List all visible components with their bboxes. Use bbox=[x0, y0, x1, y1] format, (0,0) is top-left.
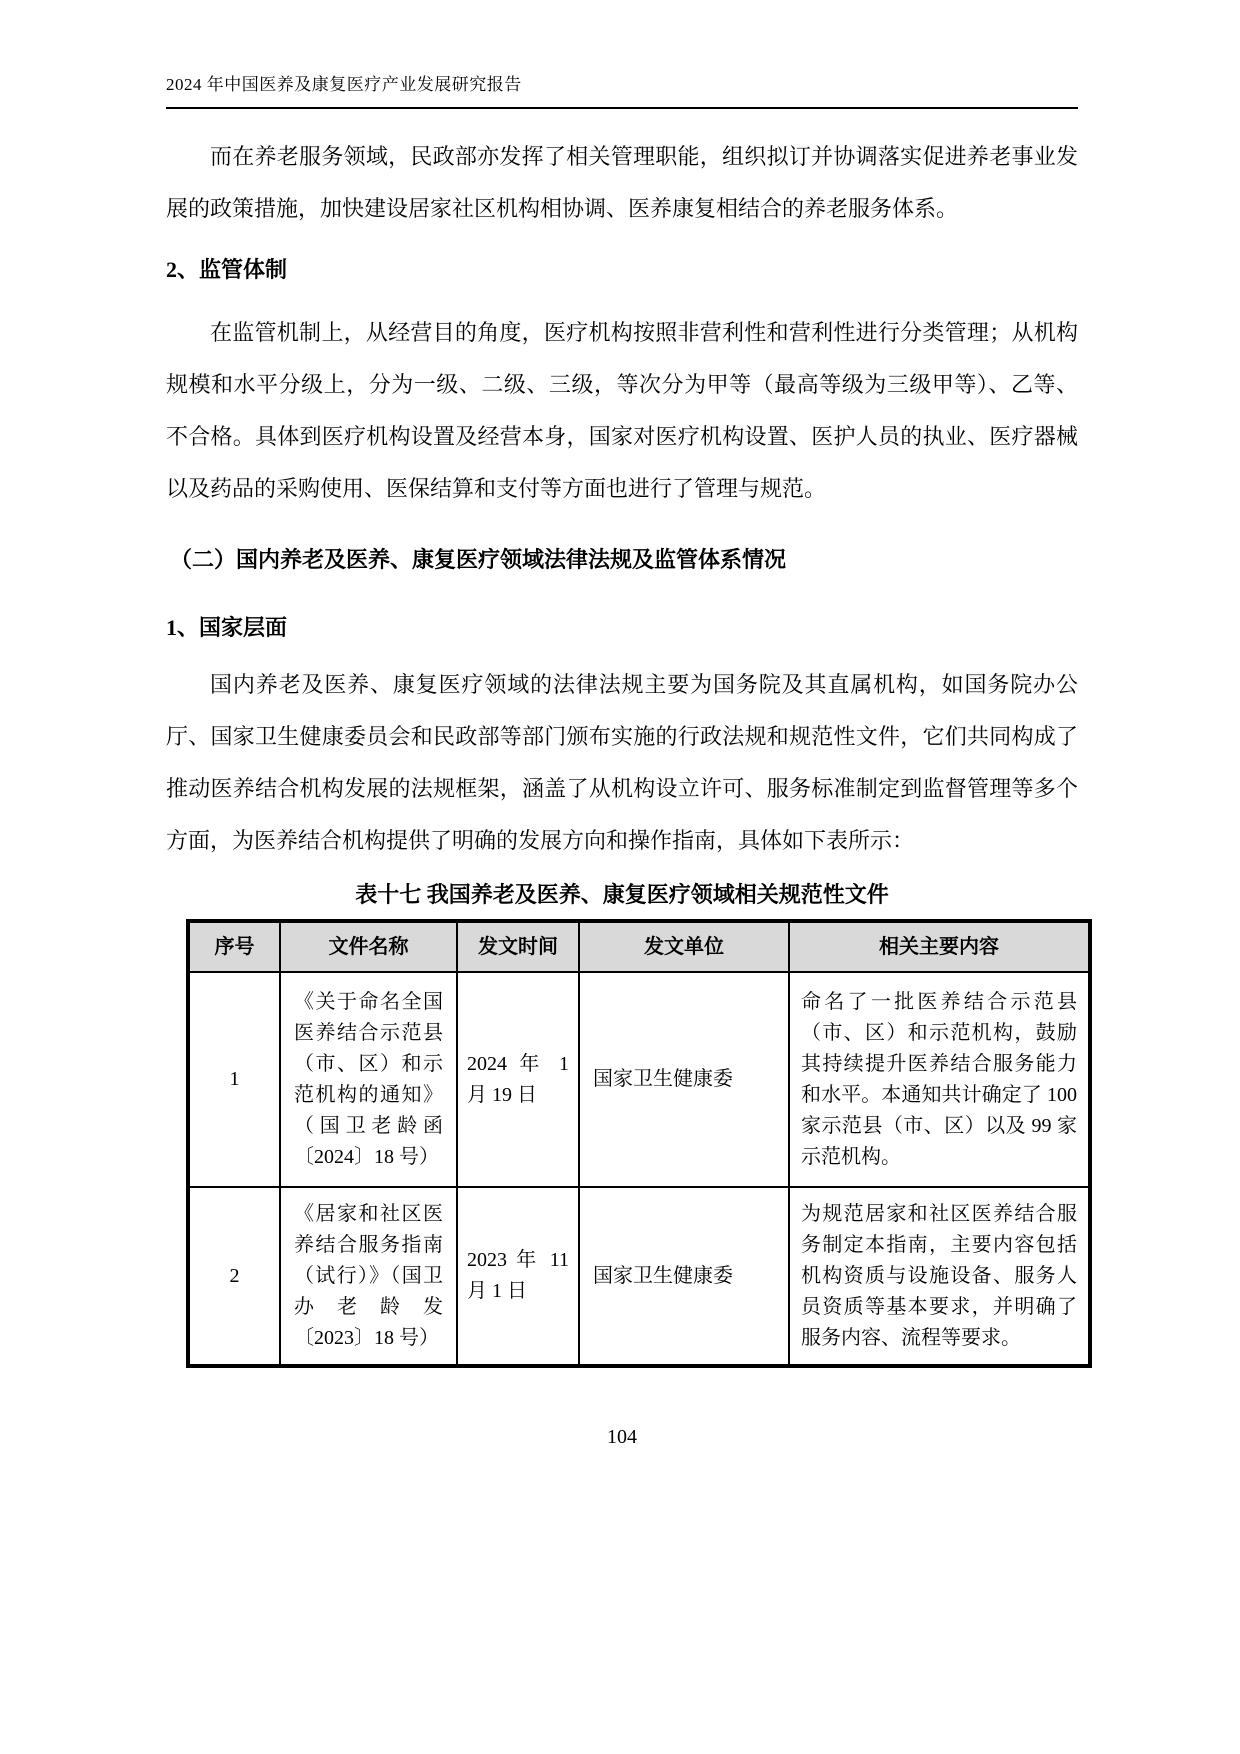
header-cell-name: 文件名称 bbox=[280, 921, 457, 972]
heading-regulation-system: 2、监管体制 bbox=[166, 255, 1078, 285]
header-cell-date: 发文时间 bbox=[457, 921, 579, 972]
report-page: 2024 年中国医养及康复医疗产业发展研究报告 而在养老服务领域，民政部亦发挥了… bbox=[0, 0, 1240, 1754]
cell-document-name: 《居家和社区医养结合服务指南（试行）》（国卫办老龄发〔2023〕18 号） bbox=[280, 1187, 457, 1366]
page-number: 104 bbox=[166, 1426, 1078, 1449]
cell-issuing-org: 国家卫生健康委 bbox=[579, 1187, 789, 1366]
cell-main-content: 命名了一批医养结合示范县（市、区）和示范机构，鼓励其持续提升医养结合服务能力和水… bbox=[789, 972, 1090, 1187]
header-divider bbox=[166, 107, 1078, 109]
cell-no: 2 bbox=[188, 1187, 280, 1366]
paragraph-regulation-mechanism: 在监管机制上，从经营目的角度，医疗机构按照非营利性和营利性进行分类管理；从机构规… bbox=[166, 307, 1078, 515]
cell-issue-date: 2024 年 1 月 19 日 bbox=[457, 972, 579, 1187]
table-caption: 表十七 我国养老及医养、康复医疗领域相关规范性文件 bbox=[166, 881, 1078, 909]
cell-issuing-org: 国家卫生健康委 bbox=[579, 972, 789, 1187]
table-row: 2 《居家和社区医养结合服务指南（试行）》（国卫办老龄发〔2023〕18 号） … bbox=[188, 1187, 1090, 1366]
cell-issue-date: 2023 年 11 月 1 日 bbox=[457, 1187, 579, 1366]
cell-no: 1 bbox=[188, 972, 280, 1187]
heading-domestic-laws-section: （二）国内养老及医养、康复医疗领域法律法规及监管体系情况 bbox=[166, 545, 1078, 575]
report-title: 2024 年中国医养及康复医疗产业发展研究报告 bbox=[166, 75, 522, 94]
policy-documents-table: 序号 文件名称 发文时间 发文单位 相关主要内容 1 《关于命名全国医养结合示范… bbox=[186, 919, 1092, 1368]
header-cell-content: 相关主要内容 bbox=[789, 921, 1090, 972]
page-header: 2024 年中国医养及康复医疗产业发展研究报告 bbox=[166, 70, 1078, 107]
header-cell-org: 发文单位 bbox=[579, 921, 789, 972]
heading-national-level: 1、国家层面 bbox=[166, 613, 1078, 643]
cell-main-content: 为规范居家和社区医养结合服务制定本指南，主要内容包括机构资质与设施设备、服务人员… bbox=[789, 1187, 1090, 1366]
header-cell-no: 序号 bbox=[188, 921, 280, 972]
paragraph-elderly-service: 而在养老服务领域，民政部亦发挥了相关管理职能，组织拟订并协调落实促进养老事业发展… bbox=[166, 131, 1078, 235]
cell-document-name: 《关于命名全国医养结合示范县（市、区）和示范机构的通知》（国卫老龄函〔2024〕… bbox=[280, 972, 457, 1187]
table-row: 1 《关于命名全国医养结合示范县（市、区）和示范机构的通知》（国卫老龄函〔202… bbox=[188, 972, 1090, 1187]
paragraph-national-laws: 国内养老及医养、康复医疗领域的法律法规主要为国务院及其直属机构，如国务院办公厅、… bbox=[166, 659, 1078, 867]
table-header-row: 序号 文件名称 发文时间 发文单位 相关主要内容 bbox=[188, 921, 1090, 972]
